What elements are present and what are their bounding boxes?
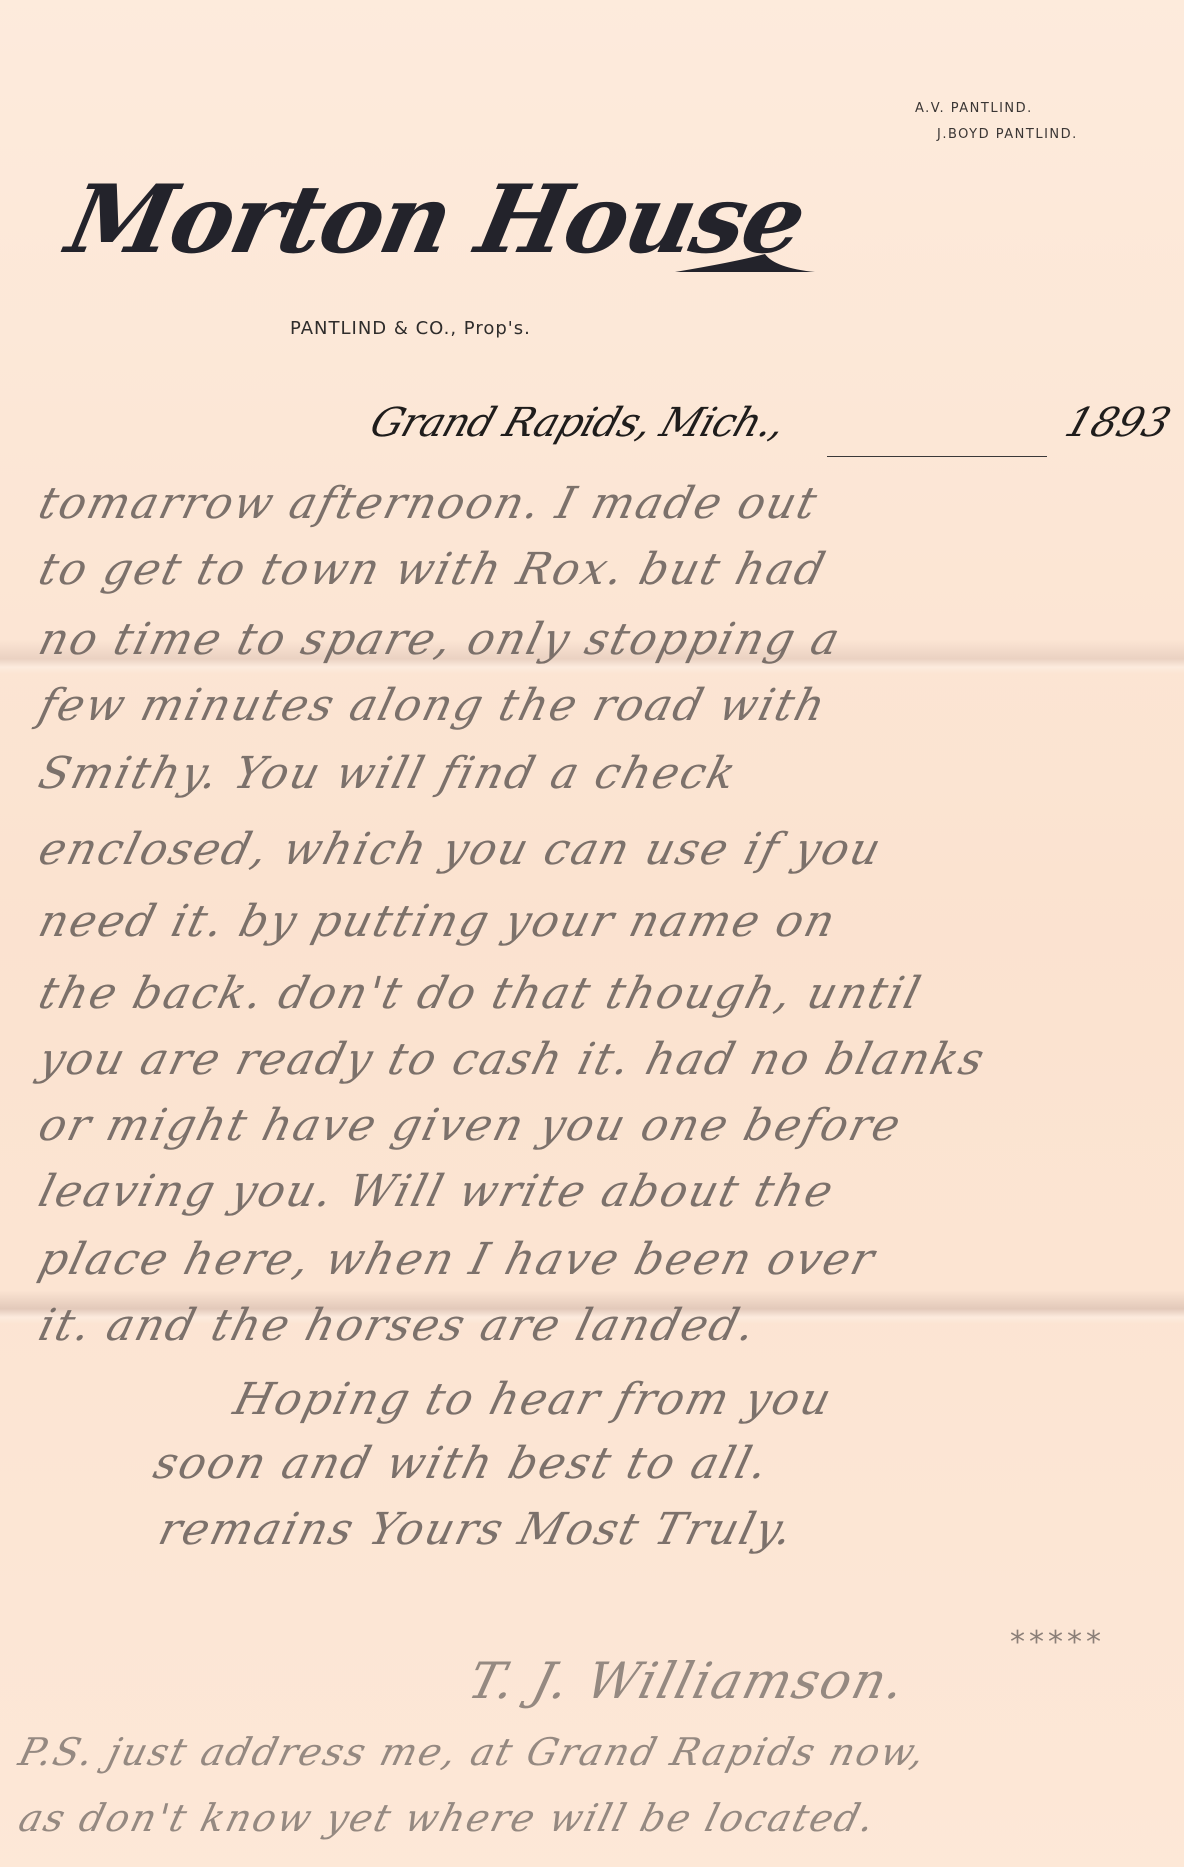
- date-place: Grand Rapids, Mich.,: [365, 400, 791, 446]
- letter-line: tomarrow afternoon. I made out: [34, 478, 824, 529]
- flourish-ornament-icon: [675, 250, 815, 276]
- letter-line: you are ready to cash it. had no blanks: [34, 1034, 991, 1085]
- letter-line: need it. by putting your name on: [34, 896, 842, 947]
- proprietor-name: J.BOYD PANTLIND.: [915, 122, 1078, 148]
- proprietors-line: PANTLIND & CO., Prop's.: [290, 318, 531, 339]
- date-line: Grand Rapids, Mich., 1893: [372, 400, 1172, 470]
- letter-line: the back. don't do that though, until: [34, 968, 928, 1019]
- letter-line: or might have given you one before: [34, 1100, 908, 1151]
- letter-line: few minutes along the road with: [34, 680, 832, 731]
- stars-ornament: *****: [1010, 1625, 1105, 1660]
- postscript-line: as don't know yet where will be located.: [15, 1796, 881, 1840]
- hotel-name-title: Morton House: [57, 160, 683, 280]
- proprietor-name: A.V. PANTLIND.: [915, 96, 1078, 122]
- postscript-line: P.S. just address me, at Grand Rapids no…: [15, 1730, 932, 1774]
- letter-line: Smithy. You will find a check: [34, 748, 743, 799]
- letter-line: to get to town with Rox. but had: [34, 544, 832, 595]
- date-blank-line: [827, 456, 1047, 457]
- letter-line: place here, when I have been over: [34, 1234, 881, 1285]
- closing-line: remains Yours Most Truly.: [154, 1504, 800, 1555]
- proprietor-names: A.V. PANTLIND. J.BOYD PANTLIND.: [915, 96, 1078, 148]
- letter-line: no time to spare, only stopping a: [34, 614, 847, 665]
- signature: T. J. Williamson.: [463, 1652, 913, 1710]
- letter-line: it. and the horses are landed.: [34, 1300, 763, 1351]
- letter-line: leaving you. Will write about the: [34, 1166, 840, 1217]
- date-year: 1893: [1060, 400, 1177, 446]
- letter-line: enclosed, which you can use if you: [34, 824, 888, 875]
- closing-line: Hoping to hear from you: [229, 1374, 838, 1425]
- closing-line: soon and with best to all.: [149, 1438, 775, 1489]
